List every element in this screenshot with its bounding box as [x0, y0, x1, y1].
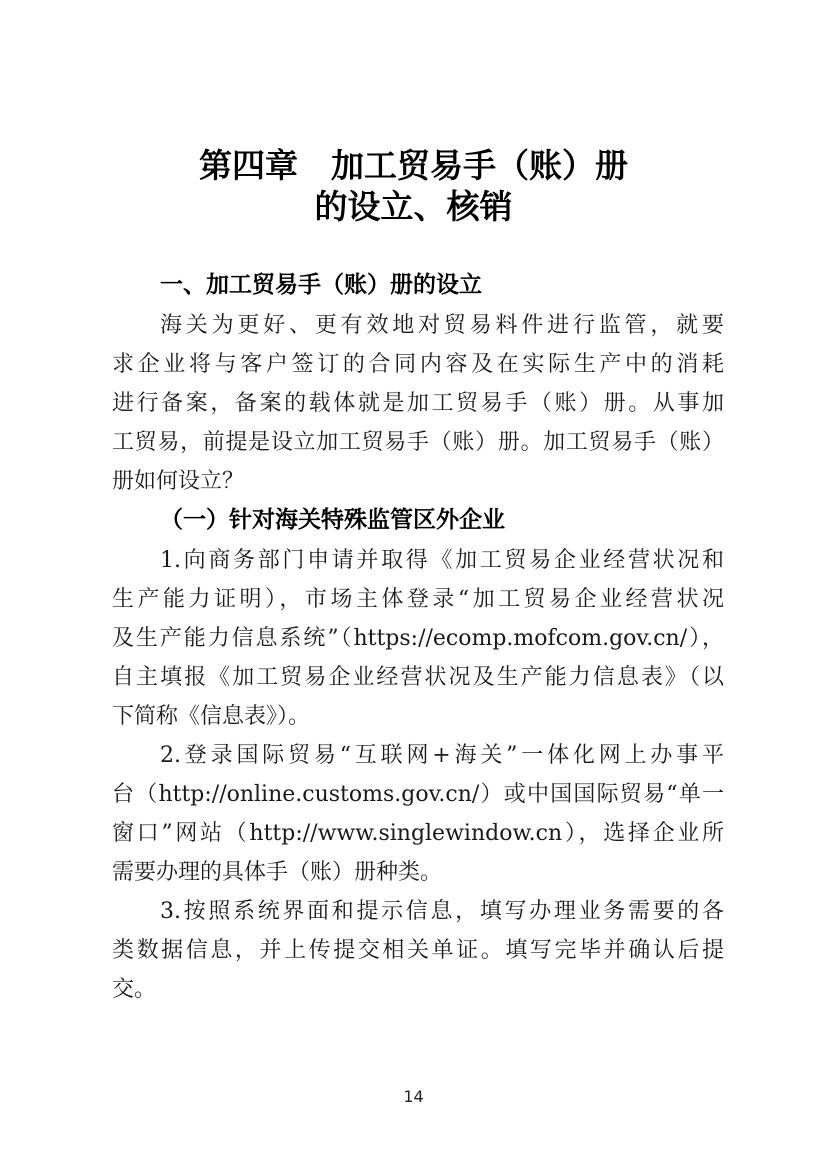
section-heading: 一、加工贸易手（账）册的设立	[160, 270, 482, 300]
item-2-line: 需要办理的具体手（账）册种类。	[112, 858, 724, 888]
paragraph-line: 求企业将与客户签订的合同内容及在实际生产中的消耗	[112, 350, 724, 380]
page-number: 14	[0, 1087, 827, 1106]
item-1-line: 生产能力证明），市场主体登录“加工贸易企业经营状况	[112, 585, 724, 615]
item-3-line: 3.按照系统界面和提示信息，填写办理业务需要的各	[160, 897, 724, 927]
paragraph-line: 海关为更好、更有效地对贸易料件进行监管，就要	[160, 311, 724, 341]
chapter-title-line-1: 第四章 加工贸易手（账）册	[0, 146, 827, 186]
item-1-line: 自主填报《加工贸易企业经营状况及生产能力信息表》（以	[112, 663, 724, 693]
paragraph-line: 工贸易，前提是设立加工贸易手（账）册。加工贸易手（账）	[112, 428, 724, 458]
chapter-title-line-2: 的设立、核销	[0, 187, 827, 227]
subsection-heading: （一）针对海关特殊监管区外企业	[160, 505, 505, 535]
item-2-line: 窗口”网站（http://www.singlewindow.cn），选择企业所	[112, 819, 724, 849]
document-page: 第四章 加工贸易手（账）册 的设立、核销 一、加工贸易手（账）册的设立 海关为更…	[0, 0, 827, 1170]
item-1-line: 及生产能力信息系统”（https://ecomp.mofcom.gov.cn/）…	[112, 624, 724, 654]
item-1-line: 下简称《信息表》）。	[112, 702, 724, 732]
item-2-line: 台（http://online.customs.gov.cn/）或中国国际贸易“…	[112, 780, 724, 810]
item-3-line: 类数据信息，并上传提交相关单证。填写完毕并确认后提	[112, 936, 724, 966]
item-3-line: 交。	[112, 975, 724, 1005]
paragraph-line: 进行备案，备案的载体就是加工贸易手（账）册。从事加	[112, 389, 724, 419]
item-2-line: 2.登录国际贸易“互联网+海关”一体化网上办事平	[160, 741, 724, 771]
item-1-line: 1.向商务部门申请并取得《加工贸易企业经营状况和	[160, 546, 724, 576]
paragraph-line: 册如何设立？	[112, 467, 724, 497]
